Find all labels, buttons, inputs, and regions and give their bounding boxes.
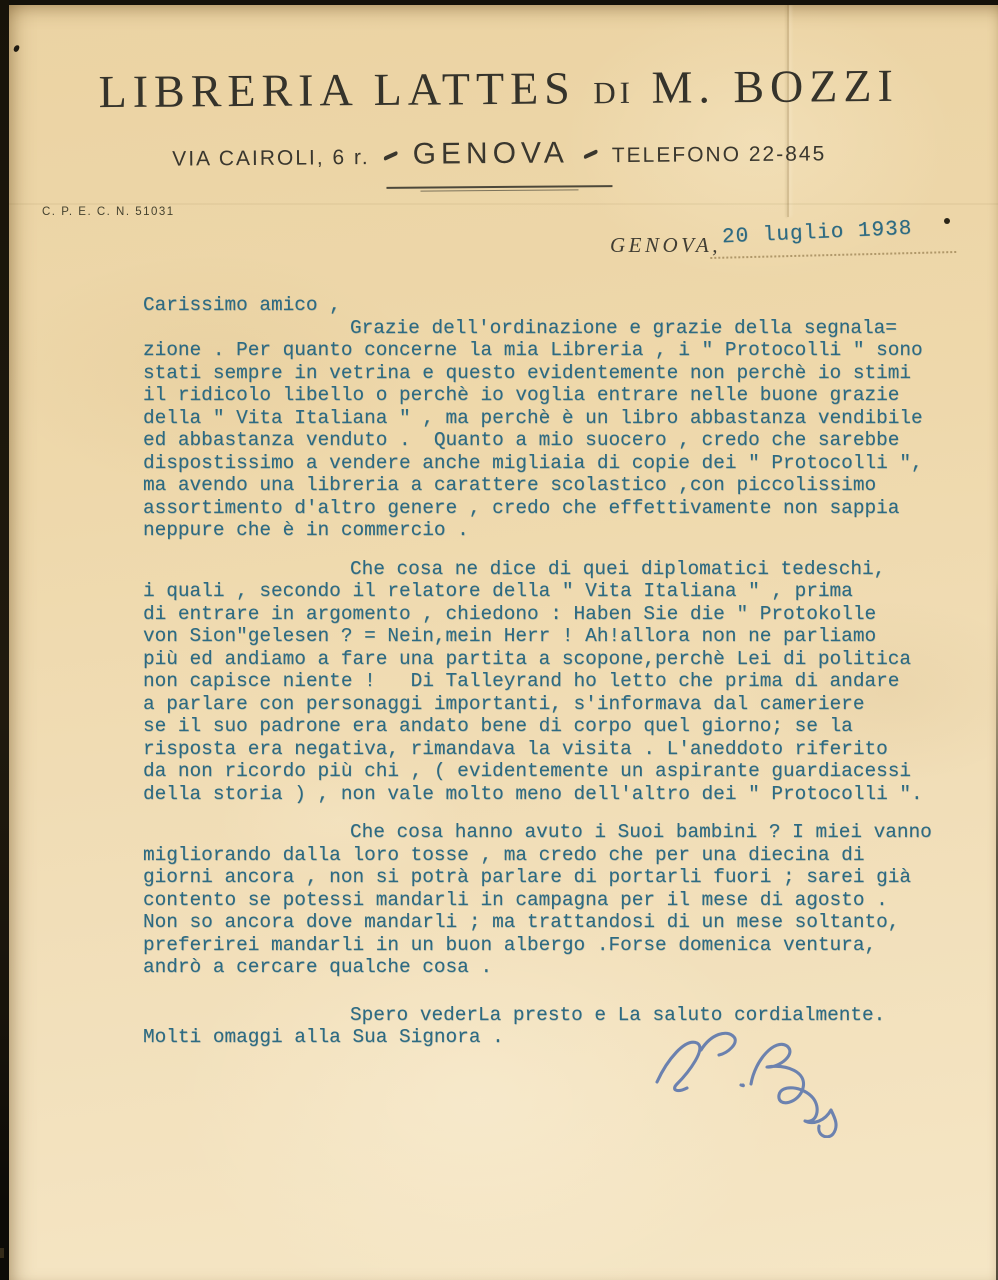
typed-line: giorni ancora , non si potrà parlare di … xyxy=(143,866,963,889)
scan-edge-top xyxy=(0,0,998,5)
company-name-left: LIBRERIA LATTES xyxy=(98,62,576,117)
handwritten-signature xyxy=(628,1026,880,1138)
street-address: VIA CAIROLI, 6 r. xyxy=(172,146,370,171)
typed-line: dispostissimo a vendere anche migliaia d… xyxy=(143,452,963,475)
typed-line: Grazie dell'ordinazione e grazie della s… xyxy=(143,317,963,340)
typed-line: Che cosa ne dice di quei diplomatici ted… xyxy=(143,558,963,581)
company-name-right: M. BOZZI xyxy=(651,60,899,113)
typed-line: preferirei mandarli in un buon albergo .… xyxy=(143,934,963,957)
horizontal-crease xyxy=(9,203,998,205)
company-name: LIBRERIA LATTES DI M. BOZZI xyxy=(0,58,998,119)
typed-line: a parlare con personaggi importanti, s'i… xyxy=(143,693,963,716)
typed-line: Spero vederLa presto e La saluto cordial… xyxy=(143,1004,963,1027)
typed-line: risposta era negativa, rimandava la visi… xyxy=(143,738,963,761)
typed-line: Che cosa hanno avuto i Suoi bambini ? I … xyxy=(143,821,963,844)
typed-line: più ed andiamo a fare una partita a scop… xyxy=(143,648,963,671)
paragraph: Grazie dell'ordinazione e grazie della s… xyxy=(143,317,963,542)
dash-ornament-icon xyxy=(384,151,398,161)
typed-line: neppure che è in commercio . xyxy=(143,519,963,542)
typed-line: stati sempre in vetrina e questo evident… xyxy=(143,362,963,385)
letterhead-address: VIA CAIROLI, 6 r.GENOVATELEFONO 22-845 xyxy=(0,133,998,175)
typed-line: zione . Per quanto concerne la mia Libre… xyxy=(143,339,963,362)
paragraph: Che cosa hanno avuto i Suoi bambini ? I … xyxy=(143,821,963,979)
scanned-letter-page: LIBRERIA LATTES DI M. BOZZI VIA CAIROLI,… xyxy=(0,0,998,1280)
typed-line: andrò a cercare qualche cosa . xyxy=(143,956,963,979)
typed-line: da non ricordo più chi , ( evidentemente… xyxy=(143,760,963,783)
letter-body: Carissimo amico , Grazie dell'ordinazion… xyxy=(143,294,963,1049)
letterhead: LIBRERIA LATTES DI M. BOZZI VIA CAIROLI,… xyxy=(0,58,998,195)
dash-ornament-icon xyxy=(583,149,597,159)
dateline-place: GENOVA, xyxy=(610,233,721,258)
city-name: GENOVA xyxy=(413,136,569,170)
typed-line: migliorando dalla loro tosse , ma credo … xyxy=(143,844,963,867)
typed-line: della storia ) , non vale molto meno del… xyxy=(143,783,963,806)
typed-line: ed abbastanza venduto . Quanto a mio suo… xyxy=(143,429,963,452)
typed-line: von Sion"gelesen ? = Nein,mein Herr ! Ah… xyxy=(143,625,963,648)
typed-line: non capisce niente ! Di Talleyrand ho le… xyxy=(143,670,963,693)
letter-paragraphs: Grazie dell'ordinazione e grazie della s… xyxy=(143,317,963,979)
typed-line: di entrare in argomento , chiedono : Hab… xyxy=(143,603,963,626)
typed-line: assortimento d'altro genere , credo che … xyxy=(143,497,963,520)
company-name-di: DI xyxy=(593,75,634,110)
typed-line: Non so ancora dove mandarli ; ma trattan… xyxy=(143,911,963,934)
typed-line: ma avendo una libreria a carattere scola… xyxy=(143,474,963,497)
paper-speck xyxy=(944,218,950,224)
telephone: TELEFONO 22-845 xyxy=(612,142,827,167)
typed-line: i quali , secondo il relatore della " Vi… xyxy=(143,580,963,603)
paper-speck xyxy=(0,1248,4,1258)
paragraph: Che cosa ne dice di quei diplomatici ted… xyxy=(143,558,963,806)
registry-code: C. P. E. C. N. 51031 xyxy=(42,206,175,218)
salutation: Carissimo amico , xyxy=(143,294,963,317)
typed-line: il ridicolo libello o perchè io voglia e… xyxy=(143,384,963,407)
typed-line: contento se potessi mandarli in campagna… xyxy=(143,889,963,912)
typed-line: della " Vita Italiana " , ma perchè è un… xyxy=(143,407,963,430)
typed-line: se il suo padrone era andato bene di cor… xyxy=(143,715,963,738)
